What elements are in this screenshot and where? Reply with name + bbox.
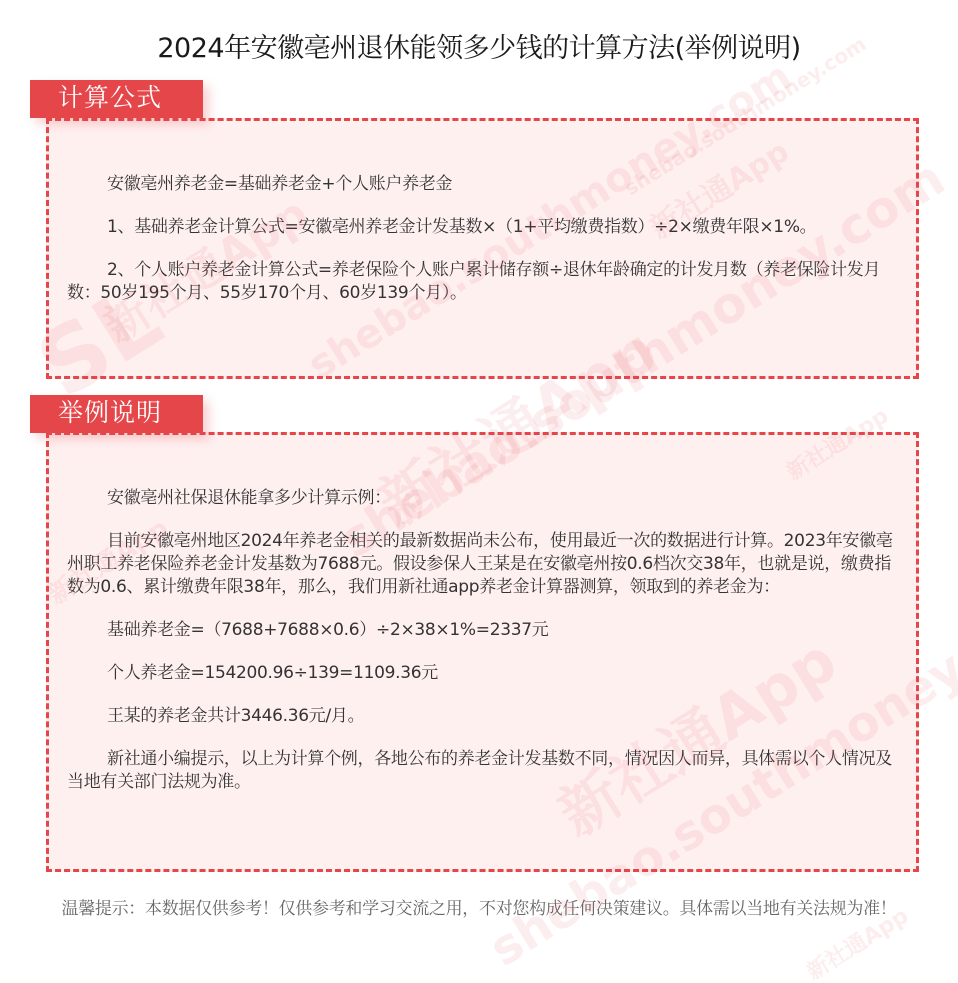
formula-basic-pension: 1、基础养老金计算公式=安徽亳州养老金计发基数×（1+平均缴费指数）÷2×缴费年… [67,216,899,239]
formula-overview: 安徽亳州养老金=基础养老金+个人账户养老金 [67,173,899,196]
example-content: 安徽亳州社保退休能拿多少计算示例： 目前安徽亳州地区2024年养老金相关的最新数… [67,487,899,814]
formula-content: 安徽亳州养老金=基础养老金+个人账户养老金 1、基础养老金计算公式=安徽亳州养老… [67,173,899,325]
example-editor-tip: 新社通小编提示，以上为计算个例，各地公布的养老金计发基数不同，情况因人而异，具体… [67,748,899,794]
section-tab-formula: 计算公式 [30,80,203,118]
section-tab-example: 举例说明 [30,395,203,433]
formula-personal-account: 2、个人账户养老金计算公式=养老保险个人账户累计储存额÷退休年龄确定的计发月数（… [67,259,899,305]
example-heading: 安徽亳州社保退休能拿多少计算示例： [67,487,899,510]
footer-disclaimer: 温馨提示：本数据仅供参考！仅供参考和学习交流之用，不对您构成任何决策建议。具体需… [18,898,940,921]
example-description: 目前安徽亳州地区2024年养老金相关的最新数据尚未公布，使用最近一次的数据进行计… [67,530,899,599]
example-basic-pension-calc: 基础养老金=（7688+7688×0.6）÷2×38×1%=2337元 [67,619,899,642]
page-title: 2024年安徽亳州退休能领多少钱的计算方法(举例说明) [0,26,958,65]
example-total-pension: 王某的养老金共计3446.36元/月。 [67,705,899,728]
example-personal-pension-calc: 个人养老金=154200.96÷139=1109.36元 [67,662,899,685]
